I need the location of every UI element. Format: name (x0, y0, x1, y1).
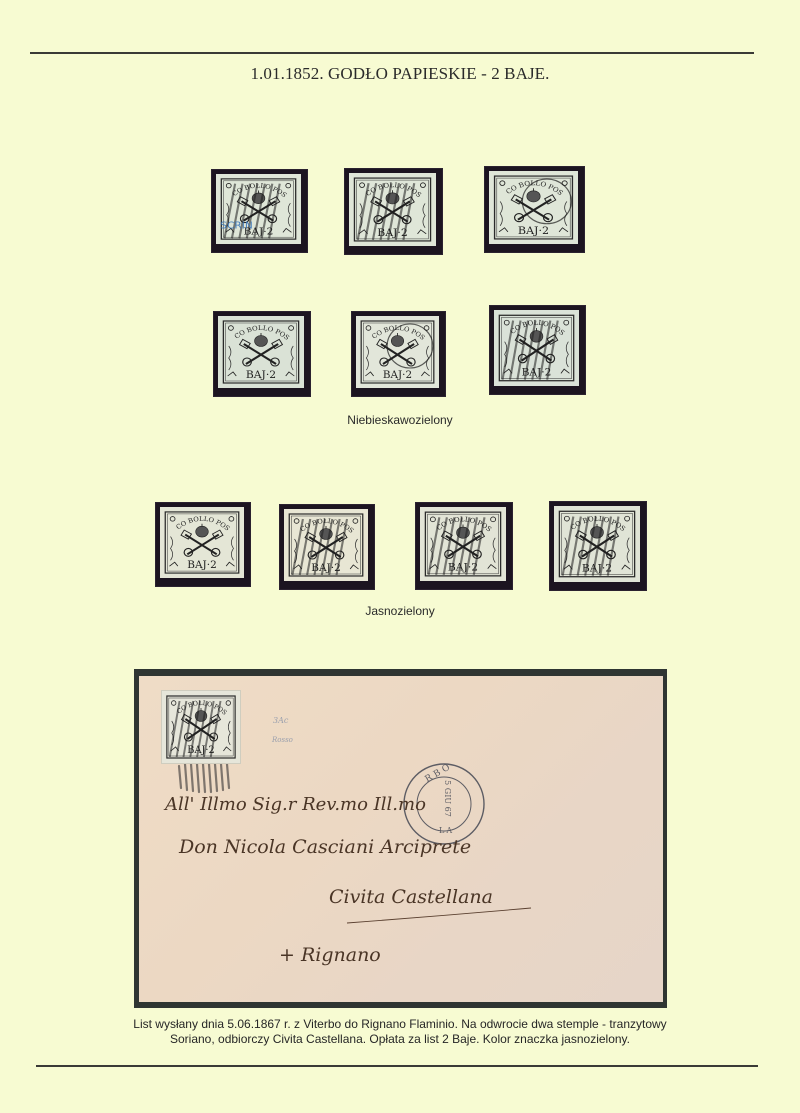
address-line-3: Civita Castellana (329, 886, 493, 908)
svg-text:SCRIN: SCRIN (220, 221, 253, 232)
bluish-green-stamp-2: FRANCO BOLLO POSTALEBAJ·2 (345, 169, 442, 254)
svg-text:BAJ·2: BAJ·2 (383, 370, 412, 381)
page-title: 1.01.1852. GODŁO PAPIESKIE - 2 BAJE. (0, 64, 800, 84)
stamp: FRANCO BOLLO POSTALEBAJ·2 (160, 507, 244, 578)
light-green-stamp-4: FRANCO BOLLO POSTALEBAJ·2 (550, 502, 646, 590)
stamp-design: FRANCO BOLLO POSTALEBAJ·2 (489, 171, 578, 244)
group-label-bluish-green: Niebieskawozielony (0, 413, 800, 427)
svg-text:BAJ·2: BAJ·2 (187, 560, 216, 571)
stamp: FRANCO BOLLO POSTALEBAJ·2SCRIN (216, 174, 301, 244)
stamp: FRANCO BOLLO POSTALEBAJ·2 (218, 316, 304, 388)
svg-text:BAJ·2: BAJ·2 (518, 224, 549, 236)
bluish-green-stamp-1: FRANCO BOLLO POSTALEBAJ·2SCRIN (212, 170, 307, 252)
bluish-green-stamp-6: FRANCO BOLLO POSTALEBAJ·2 (490, 306, 585, 394)
stamp: FRANCO BOLLO POSTALEBAJ·2 (284, 509, 368, 581)
stamp: FRANCO BOLLO POSTALEBAJ·2 (420, 507, 506, 581)
group-label-light-green: Jasnozielony (0, 604, 800, 618)
light-green-stamp-1: FRANCO BOLLO POSTALEBAJ·2 (156, 503, 250, 586)
stamp-design: FRANCO BOLLO POSTALEBAJ·2 (160, 507, 244, 578)
stamp: FRANCO BOLLO POSTALEBAJ·2 (356, 316, 439, 388)
top-divider (30, 52, 754, 54)
stamp: FRANCO BOLLO POSTALEBAJ·2 (494, 310, 579, 386)
stamp: FRANCO BOLLO POSTALEBAJ·2 (489, 171, 578, 244)
stamp-design: FRANCO BOLLO POSTALEBAJ·2 (284, 509, 368, 581)
stamp-design: FRANCO BOLLO POSTALEBAJ·2 (356, 316, 439, 388)
svg-text:BAJ·2: BAJ·2 (246, 369, 276, 381)
stamp-design: FRANCO BOLLO POSTALEBAJ·2 (554, 506, 640, 582)
stamp: FRANCO BOLLO POSTALEBAJ·2 (349, 173, 436, 246)
stamp-design: FRANCO BOLLO POSTALEBAJ·2 (420, 507, 506, 581)
address-line-1: All' Illmo Sig.r Rev.mo Ill.mo (165, 794, 426, 815)
postmark-bottom: LA (439, 826, 454, 835)
caption-line-2: Soriano, odbiorczy Civita Castellana. Op… (0, 1032, 800, 1047)
light-green-stamp-2: FRANCO BOLLO POSTALEBAJ·2 (280, 505, 374, 589)
stamp-design: FRANCO BOLLO POSTALEBAJ·2 (218, 316, 304, 388)
pencil-note-catalog: 3Ac (273, 716, 288, 725)
envelope-cover: FRANCO BOLLO POSTALEBAJ·2 3Ac Rosso RBO … (139, 676, 663, 1002)
cover-caption: List wysłany dnia 5.06.1867 r. z Viterbo… (0, 1017, 800, 1047)
bluish-green-stamp-4: FRANCO BOLLO POSTALEBAJ·2 (214, 312, 310, 396)
stamp-design: FRANCO BOLLO POSTALEBAJ·2 (349, 173, 436, 246)
stamp-design: FRANCO BOLLO POSTALEBAJ·2 (162, 691, 240, 763)
address-line-2: Don Nicola Casciani Arciprete (179, 836, 471, 858)
pencil-note-color: Rosso (272, 736, 293, 744)
light-green-stamp-3: FRANCO BOLLO POSTALEBAJ·2 (416, 503, 512, 589)
stamp-design: FRANCO BOLLO POSTALEBAJ·2 (494, 310, 579, 386)
postmark-date: 5 GIU 67 (443, 780, 452, 817)
stamp: FRANCO BOLLO POSTALEBAJ·2 (554, 506, 640, 582)
bottom-divider (36, 1065, 758, 1067)
bluish-green-stamp-5: FRANCO BOLLO POSTALEBAJ·2 (352, 312, 445, 396)
bluish-green-stamp-3: FRANCO BOLLO POSTALEBAJ·2 (485, 167, 584, 252)
cover-stamp: FRANCO BOLLO POSTALEBAJ·2 (161, 690, 241, 764)
cover-mount: FRANCO BOLLO POSTALEBAJ·2 3Ac Rosso RBO … (134, 669, 667, 1008)
address-line-4: + Rignano (279, 944, 381, 966)
stamp-design: FRANCO BOLLO POSTALEBAJ·2SCRIN (216, 174, 301, 244)
caption-line-1: List wysłany dnia 5.06.1867 r. z Viterbo… (0, 1017, 800, 1032)
